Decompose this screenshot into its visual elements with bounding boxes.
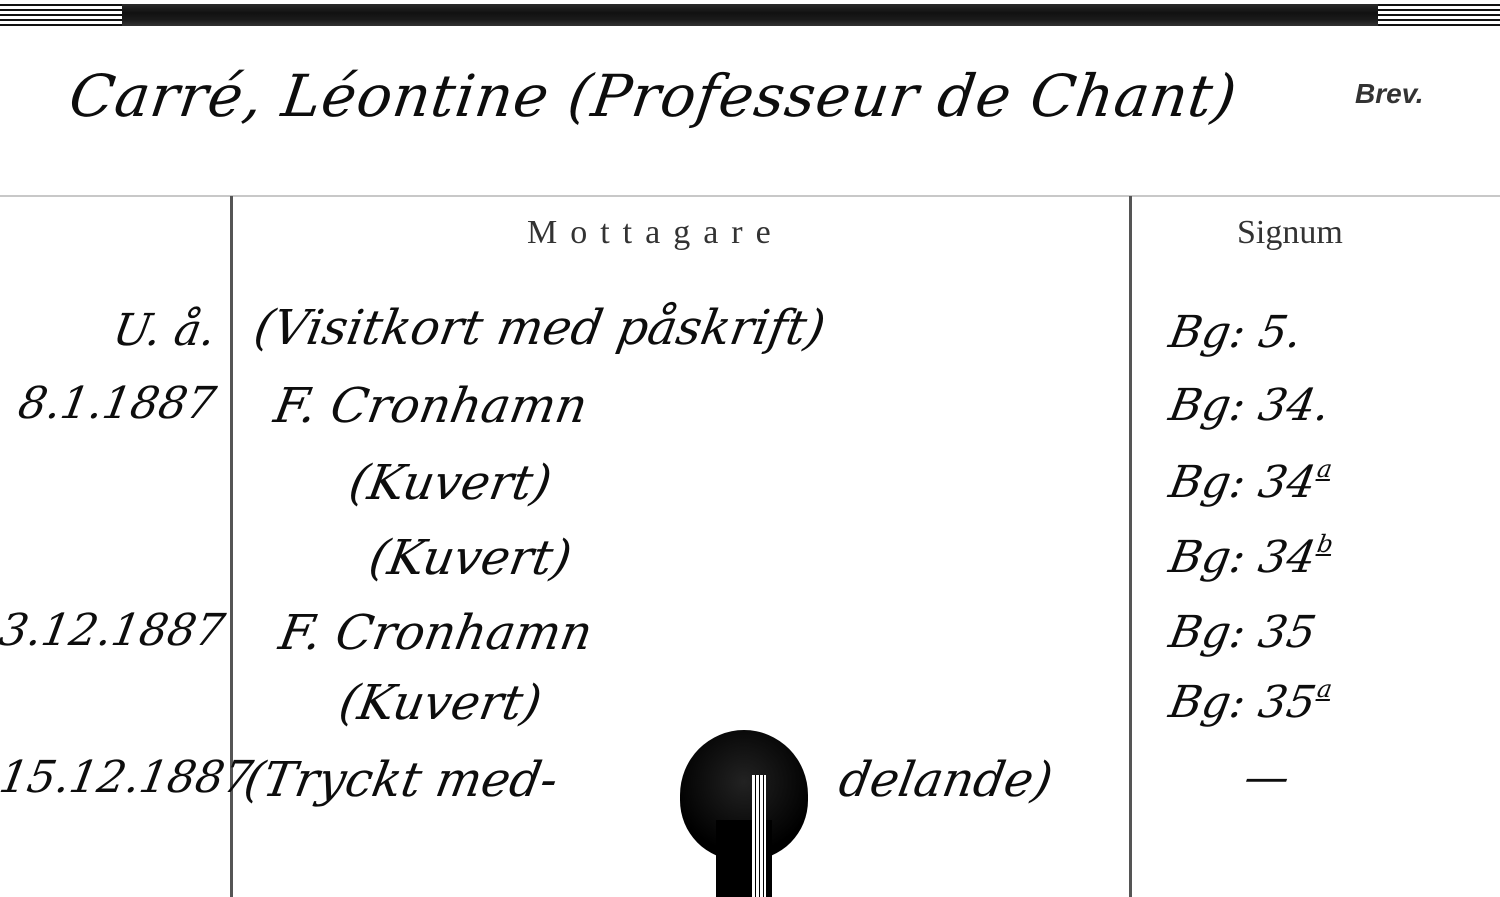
scan-artifact <box>752 775 766 897</box>
row-recipient-part2: delande) <box>835 752 1057 808</box>
scanner-edge-bar <box>0 0 1500 30</box>
row-date: U. å. <box>0 305 219 356</box>
card-type-label: Brev. <box>1355 78 1424 110</box>
scanner-edge-right <box>1378 4 1500 26</box>
row-recipient: (Kuvert) <box>345 455 556 511</box>
row-signum: Bg: 35 <box>1165 605 1320 658</box>
signum-column-divider <box>1129 196 1132 897</box>
row-date: 3.12.1887 <box>0 605 219 656</box>
row-signum: Bg: 34a <box>1165 455 1334 508</box>
card-title: Carré, Léontine (Professeur de Chant) <box>65 62 1241 130</box>
row-recipient: (Kuvert) <box>335 675 546 731</box>
recipient-column-header: Mottagare <box>527 214 784 252</box>
row-recipient: (Visitkort med påskrift) <box>250 300 830 356</box>
row-recipient: F. Cronhamn <box>275 605 597 661</box>
row-signum: Bg: 34b <box>1165 530 1335 583</box>
header-divider <box>0 195 1500 197</box>
row-signum: Bg: 35a <box>1165 675 1334 728</box>
signum-column-header: Signum <box>1237 214 1343 252</box>
scanner-dark-band <box>122 4 1378 26</box>
row-date: 15.12.1887 <box>0 752 219 803</box>
scanner-edge-left <box>0 4 122 26</box>
row-recipient: F. Cronhamn <box>270 378 592 434</box>
row-recipient-part1: (Tryckt med- <box>240 752 562 808</box>
row-signum: Bg: 5. <box>1165 305 1306 358</box>
row-date: 8.1.1887 <box>0 378 219 429</box>
row-signum: Bg: 34. <box>1165 378 1334 431</box>
row-signum: — <box>1241 752 1294 803</box>
row-recipient: (Kuvert) <box>365 530 576 586</box>
